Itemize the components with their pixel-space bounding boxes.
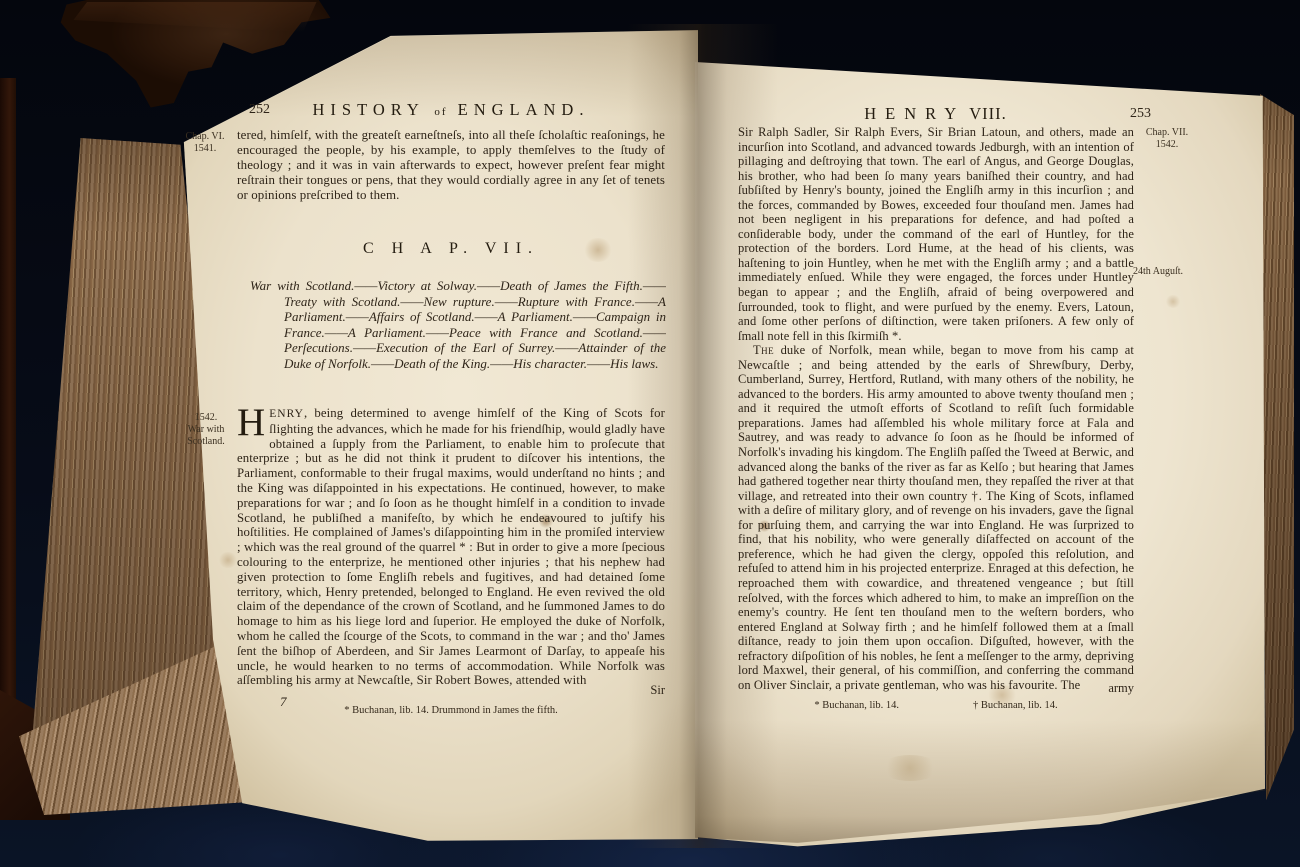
left-running-header: 252 HISTORY of ENGLAND. [237,100,665,120]
left-body-text: , being determined to avenge himſelf of … [237,406,665,687]
chapter-heading-chap: C H A P. [363,240,474,257]
running-title-history: HISTORY [313,100,425,119]
running-title-henry: HENRY [864,104,965,123]
running-title-viii: VIII. [969,104,1007,123]
left-running-title: HISTORY of ENGLAND. [237,100,665,120]
left-continuation-paragraph: tered, himſelf, with the greateſt earneſ… [237,128,665,203]
left-body-paragraph: HENRY, being determined to avenge himſel… [237,406,665,688]
left-margin-note-year: 1542. War with Scotland. [178,412,234,448]
right-paragraph-2: The duke of Norfolk, mean while, began t… [738,343,1134,692]
right-catchword: army [738,681,1134,696]
right-margin-note-chapter: Chap. VII. 1542. [1136,127,1198,151]
right-paragraph-2-text: duke of Norfolk, mean while, began to mo… [738,343,1134,692]
left-footnote: * Buchanan, lib. 14. Drummond in James t… [237,705,665,716]
lead-word-the: The [753,343,774,357]
right-paragraph-1: Sir Ralph Sadler, Sir Ralph Evers, Sir B… [738,125,1134,343]
running-title-of: of [434,106,447,118]
book-cover-edge-left [0,78,16,738]
photo-of-open-book: 252 HISTORY of ENGLAND. Chap. VI. 1541. … [0,0,1300,867]
right-running-header: HENRY VIII. 253 [738,104,1133,124]
right-body: Sir Ralph Sadler, Sir Ralph Evers, Sir B… [738,125,1134,692]
chapter-argument: War with Scotland.——Victory at Solway.——… [250,278,666,372]
left-catchword: Sir [237,683,665,698]
lead-word-caps: ENRY [269,408,304,420]
left-margin-note-chapter: Chap. VI. 1541. [176,131,234,155]
page-fore-edge-right [1260,94,1294,800]
drop-cap-H: H [237,406,269,438]
right-footnote-dagger: † Buchanan, lib. 14. [973,700,1058,711]
chapter-heading-numeral: VII. [485,240,539,257]
right-footnote-asterisk: * Buchanan, lib. 14. [814,700,899,711]
right-page-number: 253 [1130,106,1151,122]
right-footnotes: * Buchanan, lib. 14. † Buchanan, lib. 14… [738,700,1134,711]
running-title-england: ENGLAND. [458,100,590,119]
right-running-title: HENRY VIII. [738,104,1133,124]
right-margin-note-date: 24th Auguſt. [1133,266,1199,278]
chapter-heading: C H A P. VII. [237,240,665,258]
